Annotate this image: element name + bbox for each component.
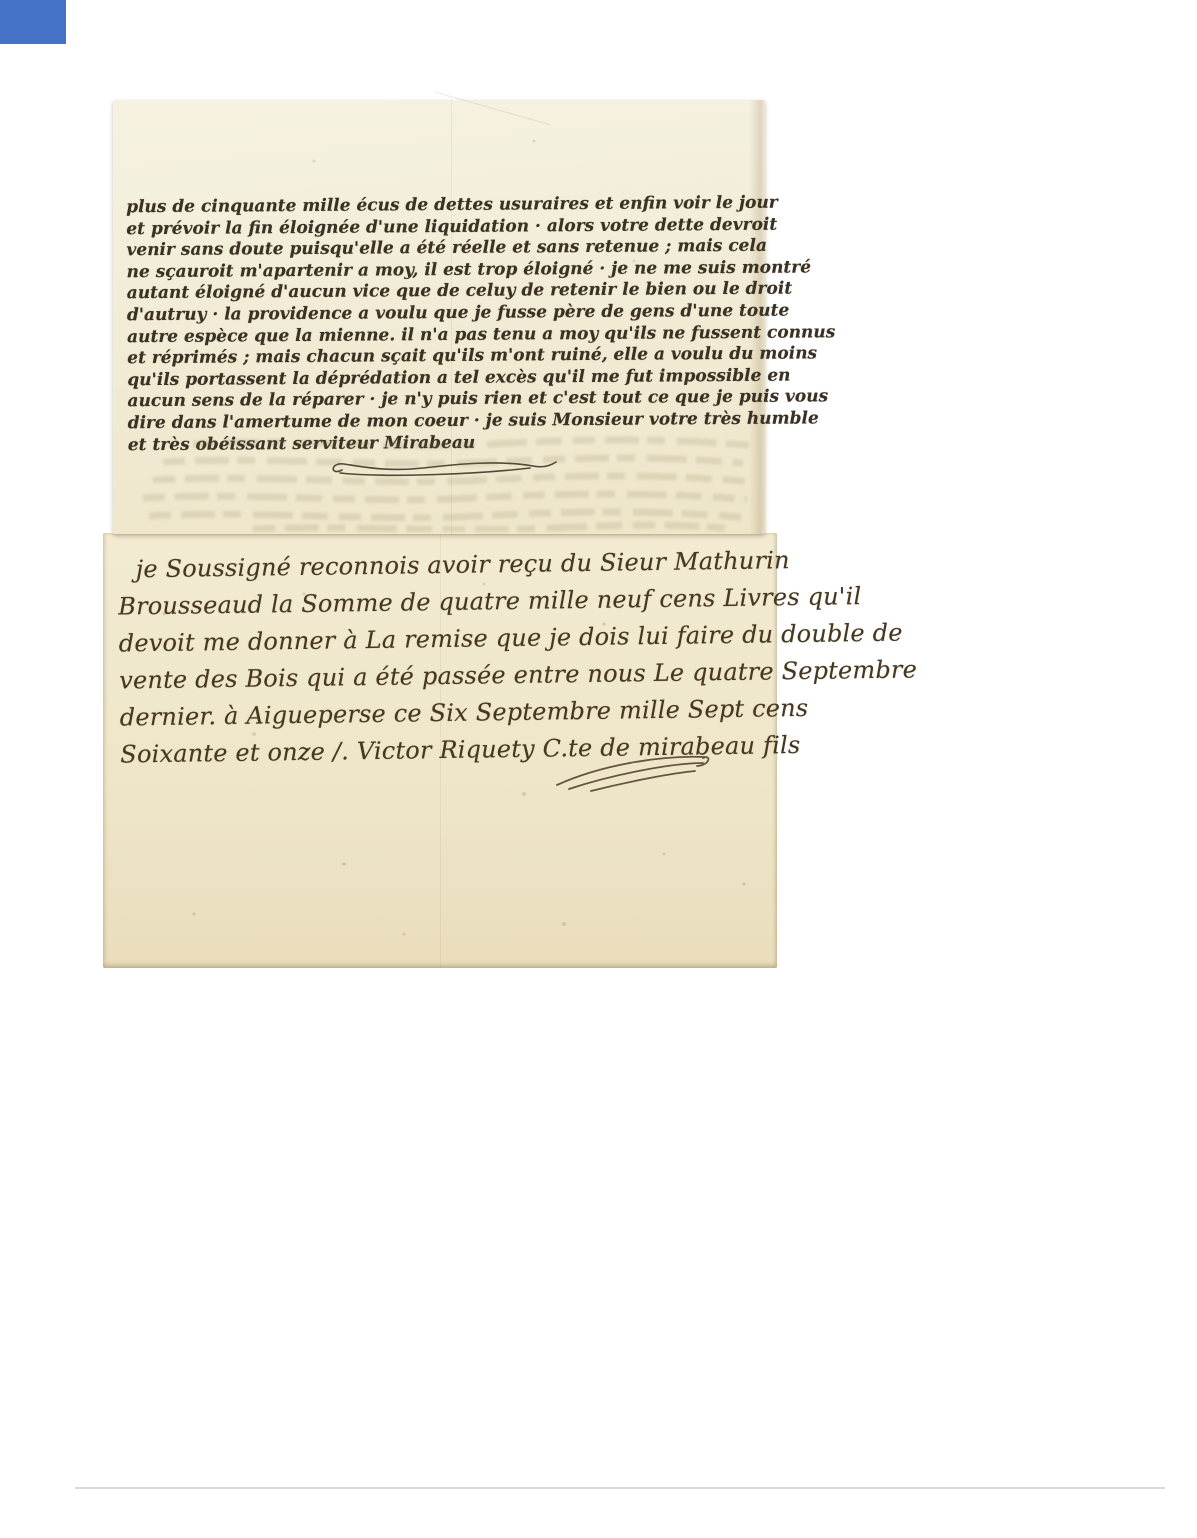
receipt-text: je Soussigné reconnois avoir reçu du Sie… — [117, 543, 766, 774]
receipt-sheet: je Soussigné reconnois avoir reçu du Sie… — [103, 533, 777, 968]
manuscript-scan: je Soussigné reconnois avoir reçu du Sie… — [103, 100, 777, 968]
letter-sheet: plus de cinquante mille écus de dettes u… — [113, 100, 765, 534]
bottom-divider-line — [75, 1487, 1165, 1489]
paper-speckles — [113, 100, 115, 102]
blue-marker — [0, 0, 66, 44]
page: je Soussigné reconnois avoir reçu du Sie… — [0, 0, 1197, 1538]
signature-paraphe-flourish — [551, 749, 716, 799]
paper-speckles — [103, 533, 105, 535]
letter-text: plus de cinquante mille écus de dettes u… — [126, 193, 760, 457]
letter-line: dire dans l'amertume de mon coeur · je s… — [128, 409, 760, 435]
ink-bleedthrough — [133, 436, 755, 532]
paper-crease — [435, 91, 551, 125]
